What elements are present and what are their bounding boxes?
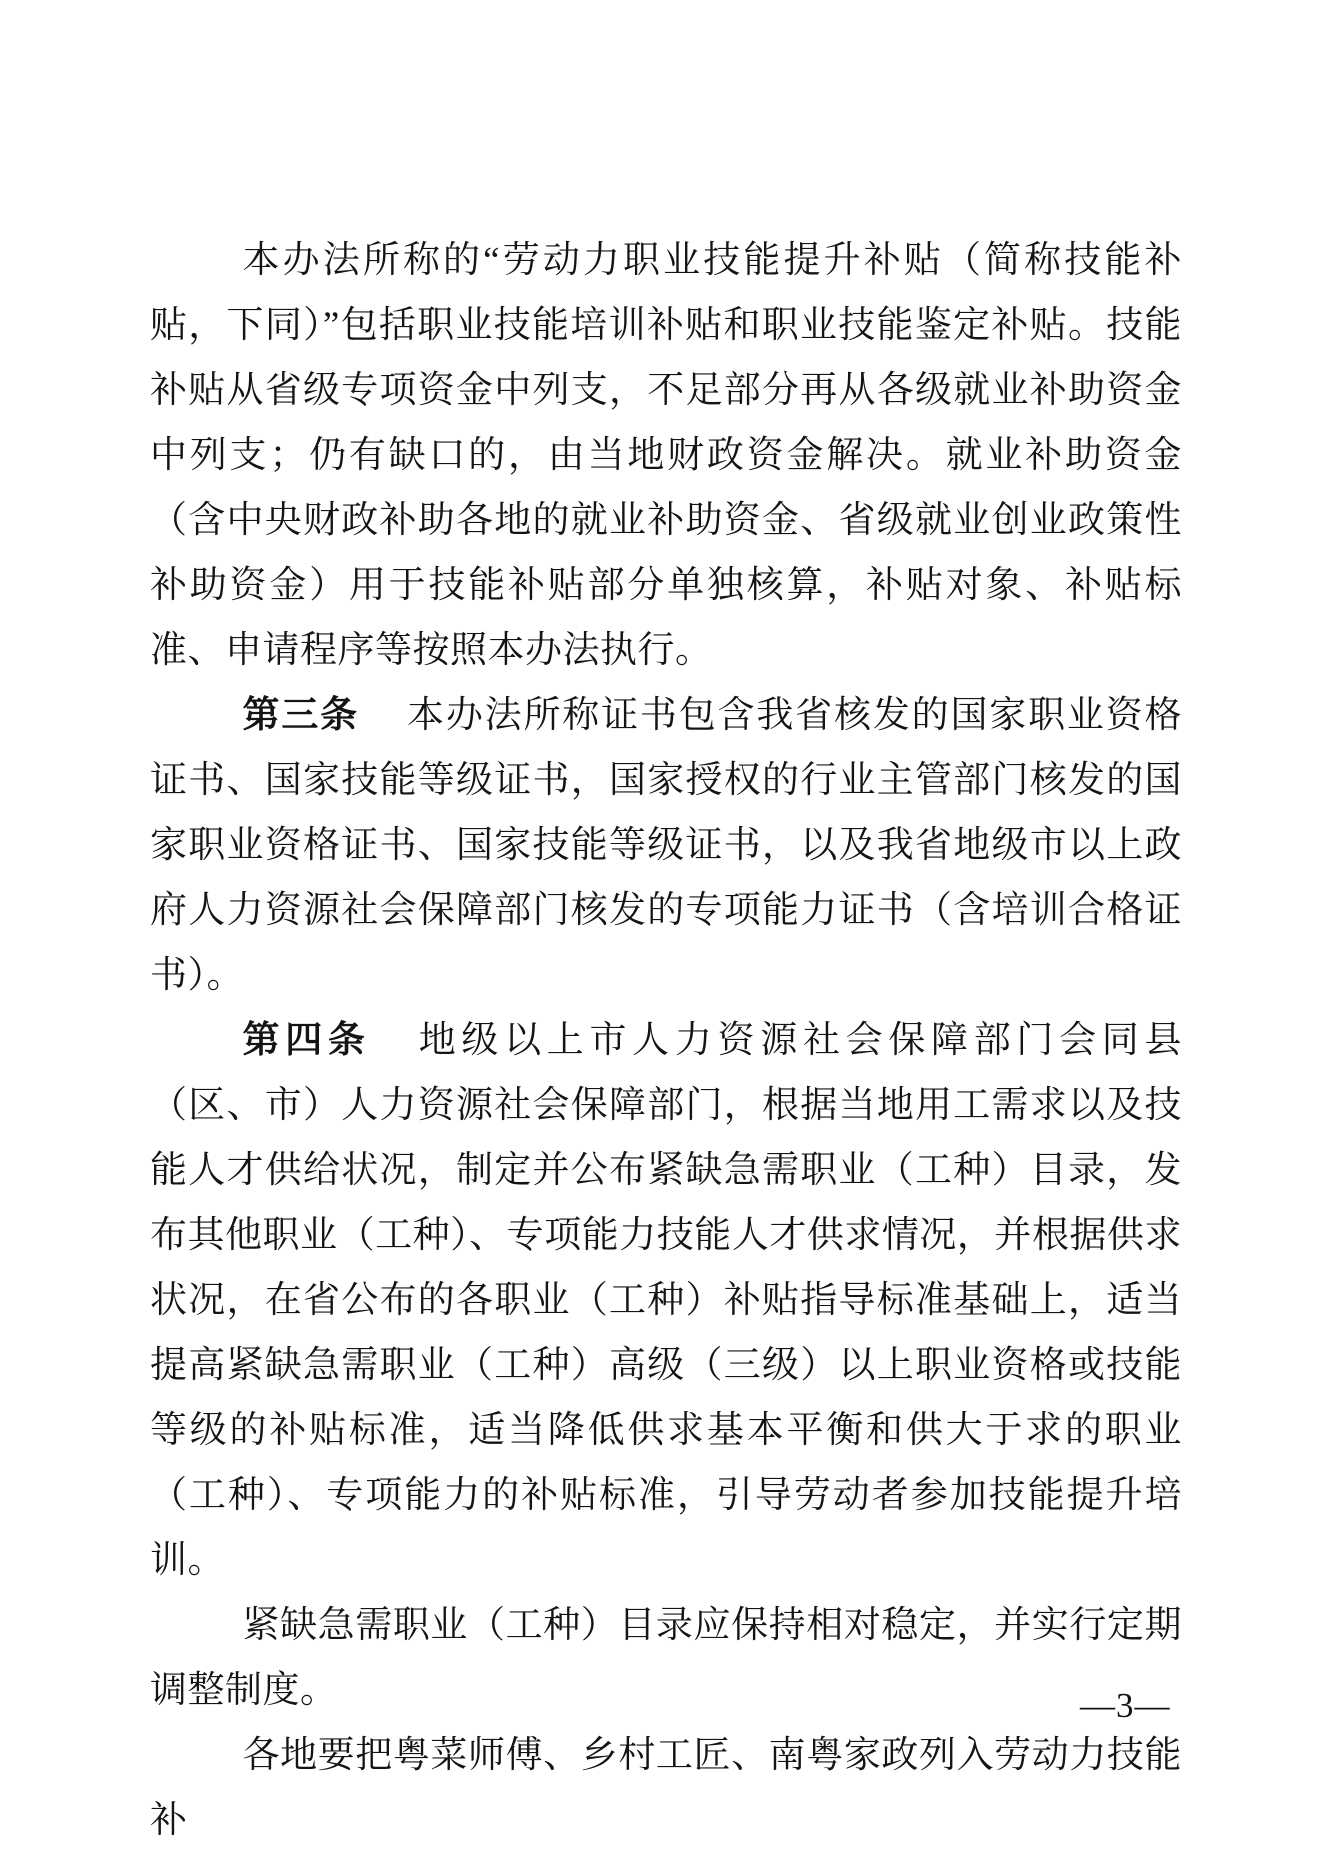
page-number: —3—	[1080, 1686, 1171, 1726]
paragraph-text: 本办法所称证书包含我省核发的国家职业资格证书、国家技能等级证书，国家授权的行业主…	[150, 695, 1182, 996]
paragraph-article4: 第四条地级以上市人力资源社会保障部门会同县（区、市）人力资源社会保障部门，根据当…	[150, 1008, 1182, 1593]
paragraph-text: 地级以上市人力资源社会保障部门会同县（区、市）人力资源社会保障部门，根据当地用工…	[150, 1020, 1182, 1581]
article4-term: 第四条	[243, 1020, 371, 1061]
paragraph-text: 本办法所称的“劳动力职业技能提升补贴（简称技能补贴，下同）”包括职业技能培训补贴…	[150, 240, 1182, 671]
paragraph-article2-body: 本办法所称的“劳动力职业技能提升补贴（简称技能补贴，下同）”包括职业技能培训补贴…	[150, 228, 1182, 683]
paragraph-article3: 第三条本办法所称证书包含我省核发的国家职业资格证书、国家技能等级证书，国家授权的…	[150, 683, 1182, 1008]
paragraph-text: 各地要把粤菜师傅、乡村工匠、南粤家政列入劳动力技能补	[150, 1735, 1182, 1841]
paragraph-text: 紧缺急需职业（工种）目录应保持相对稳定，并实行定期调整制度。	[150, 1605, 1182, 1711]
paragraph-catalog-stability: 紧缺急需职业（工种）目录应保持相对稳定，并实行定期调整制度。	[150, 1593, 1182, 1723]
paragraph-local-programs: 各地要把粤菜师傅、乡村工匠、南粤家政列入劳动力技能补	[150, 1723, 1182, 1853]
article3-term: 第三条	[243, 695, 359, 736]
document-body: 本办法所称的“劳动力职业技能提升补贴（简称技能补贴，下同）”包括职业技能培训补贴…	[150, 228, 1182, 1853]
document-page: 本办法所称的“劳动力职业技能提升补贴（简称技能补贴，下同）”包括职业技能培训补贴…	[0, 0, 1323, 1872]
